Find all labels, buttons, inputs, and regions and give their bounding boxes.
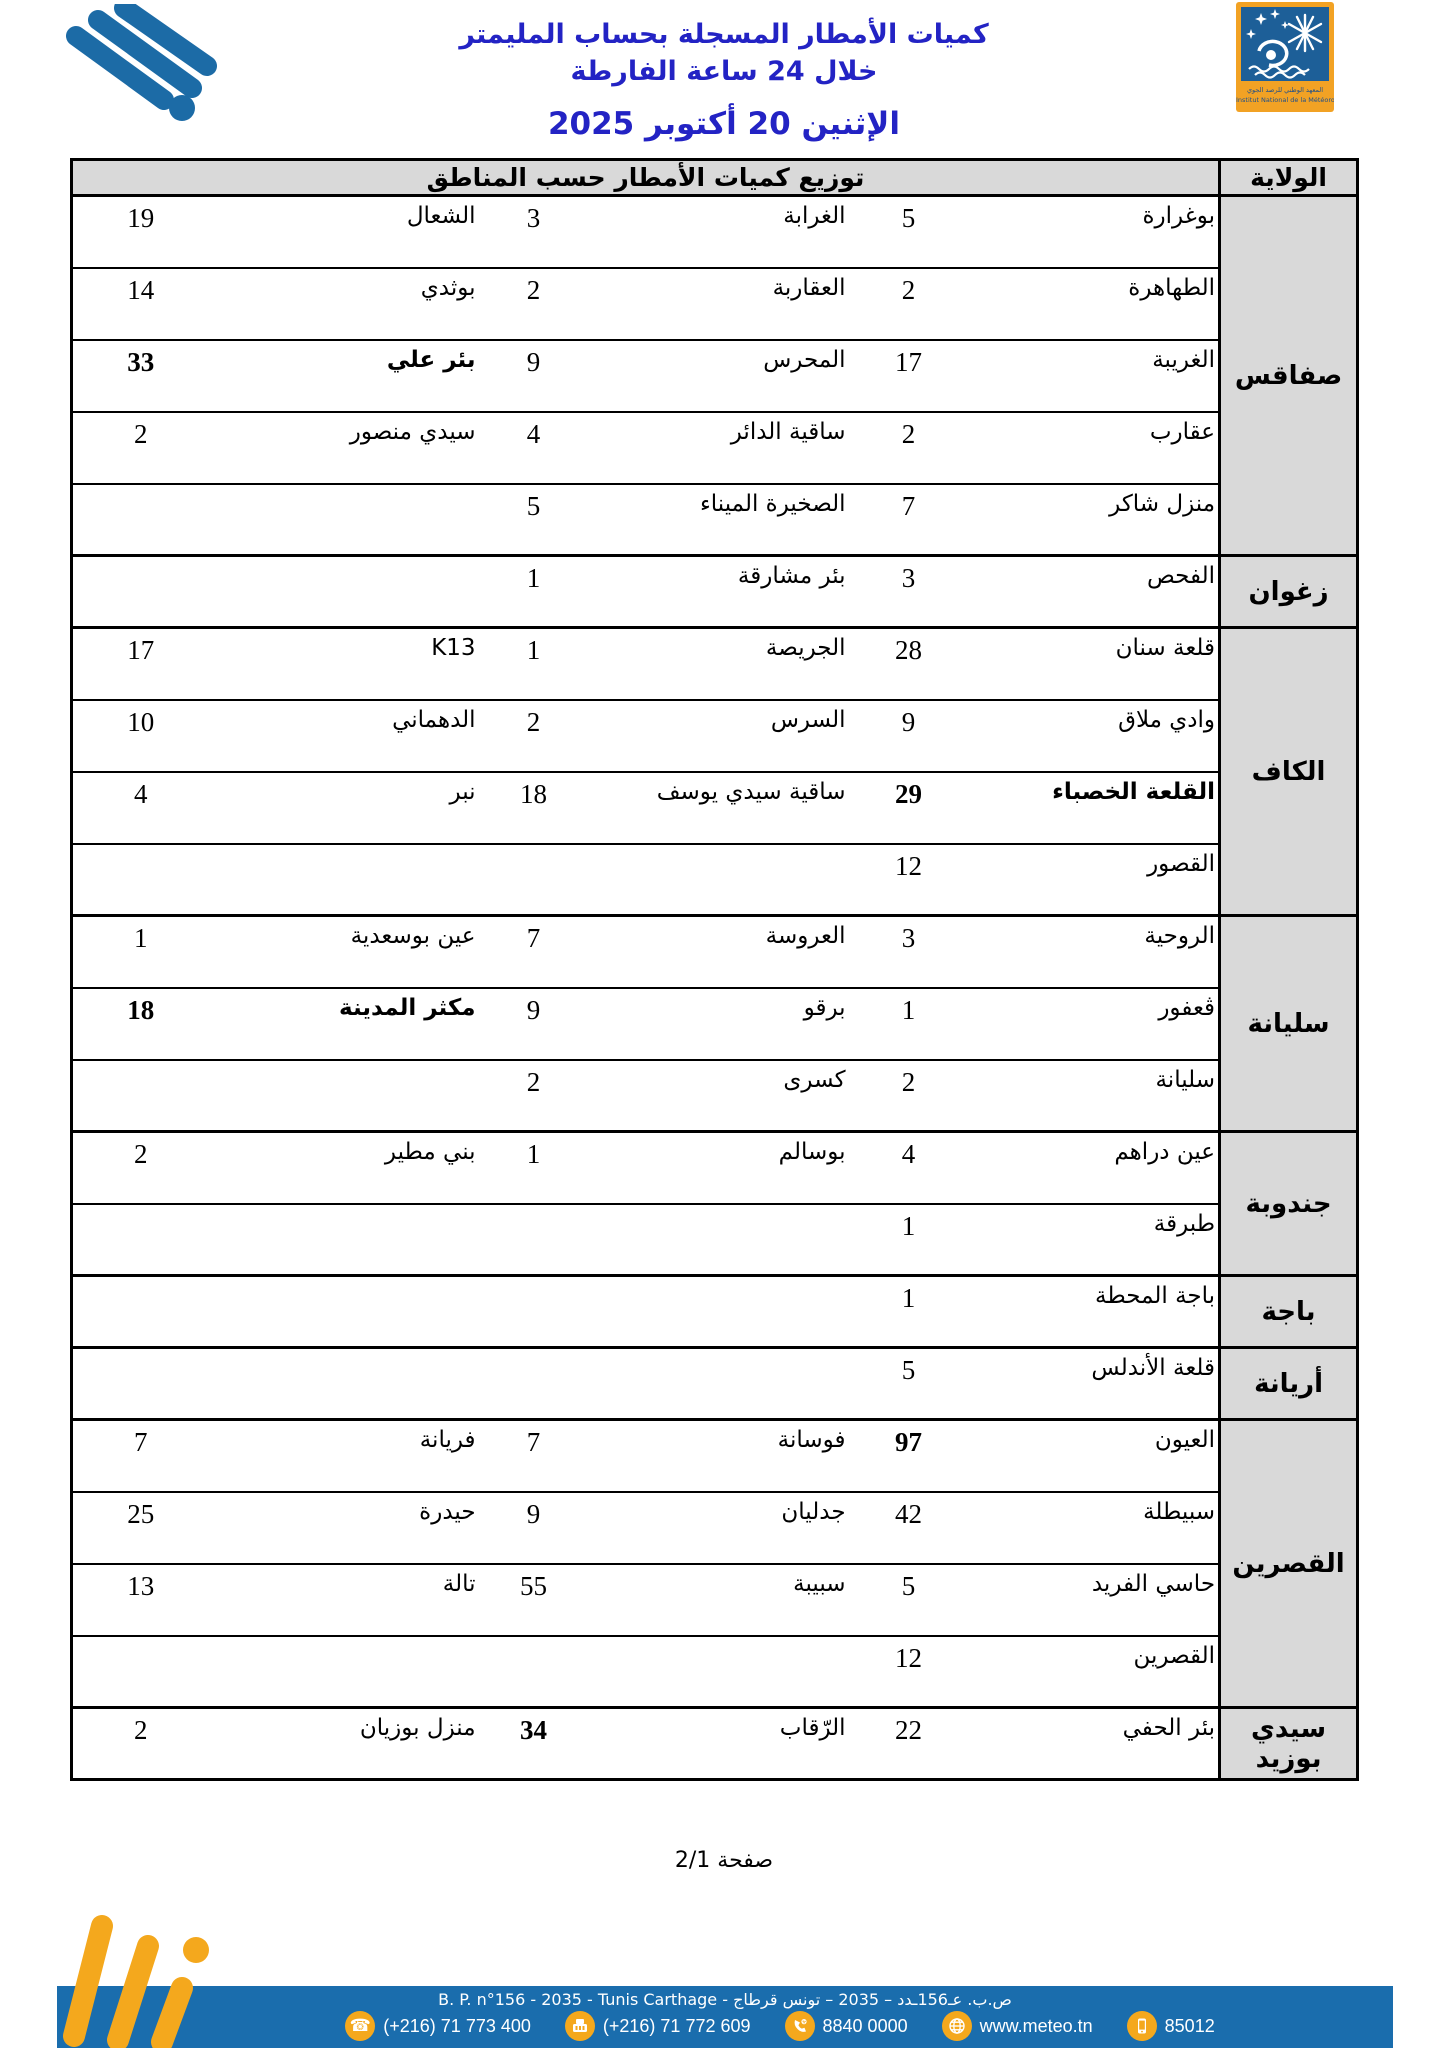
station-name-cell: القلعة الخصباء bbox=[969, 772, 1220, 844]
rain-value-cell: 5 bbox=[849, 196, 969, 268]
rain-value-cell bbox=[479, 844, 589, 916]
table-row: وادي ملاق9السرس2الدهماني10 bbox=[72, 700, 1358, 772]
inm-logo-french-name: Institut National de la Météorologie bbox=[1236, 96, 1334, 104]
rain-value-cell: 2 bbox=[479, 268, 589, 340]
callcenter-number: 8840 0000 bbox=[823, 2016, 908, 2037]
table-row: سبيطلة42جدليان9حيدرة25 bbox=[72, 1492, 1358, 1564]
table-row: صفاقسبوغرارة5الغرابة3الشعال19 bbox=[72, 196, 1358, 268]
station-name-cell: الرّقاب bbox=[589, 1708, 849, 1780]
station-name-cell bbox=[209, 1348, 479, 1420]
phone-icon: ☎ bbox=[345, 2011, 375, 2041]
rain-value-cell: 1 bbox=[479, 556, 589, 628]
inm-logo-arabic-name: المعهد الوطني للرصد الجوي bbox=[1236, 86, 1334, 94]
station-name-cell bbox=[209, 1276, 479, 1348]
table-row: سليانةالروحية3العروسة7عين بوسعدية1 bbox=[72, 916, 1358, 988]
footer-stripes-decoration bbox=[44, 1908, 244, 2048]
rain-value-cell bbox=[72, 556, 209, 628]
rain-value-cell: 3 bbox=[479, 196, 589, 268]
rain-value-cell: 3 bbox=[849, 556, 969, 628]
station-name-cell: كسرى bbox=[589, 1060, 849, 1132]
station-name-cell: بوثدي bbox=[209, 268, 479, 340]
station-name-cell: حيدرة bbox=[209, 1492, 479, 1564]
station-name-cell: عين دراهم bbox=[969, 1132, 1220, 1204]
rain-value-cell: 7 bbox=[72, 1420, 209, 1492]
table-row: أريانةقلعة الأندلس5 bbox=[72, 1348, 1358, 1420]
rain-value-cell: 2 bbox=[72, 412, 209, 484]
table-row: القصرينالعيون97فوسانة7فريانة7 bbox=[72, 1420, 1358, 1492]
station-name-cell: سبيطلة bbox=[969, 1492, 1220, 1564]
station-name-cell bbox=[589, 1204, 849, 1276]
phone-number: (+216) 71 773 400 bbox=[383, 2016, 531, 2037]
station-name-cell bbox=[209, 844, 479, 916]
rain-value-cell: 1 bbox=[849, 988, 969, 1060]
rain-value-cell: 5 bbox=[479, 484, 589, 556]
page-number-label: صفحة 2/1 bbox=[0, 1848, 1448, 1873]
table-row: القصرين12 bbox=[72, 1636, 1358, 1708]
footer-phone-contact: ☎ (+216) 71 773 400 bbox=[345, 2011, 531, 2041]
rain-table-body: صفاقسبوغرارة5الغرابة3الشعال19الطهاهرة2ال… bbox=[72, 196, 1358, 1780]
wilaya-cell: الكاف bbox=[1220, 628, 1358, 916]
station-name-cell: وادي ملاق bbox=[969, 700, 1220, 772]
station-name-cell: قلعة سنان bbox=[969, 628, 1220, 700]
station-name-cell: قلعة الأندلس bbox=[969, 1348, 1220, 1420]
station-name-cell: بني مطير bbox=[209, 1132, 479, 1204]
rain-value-cell: 2 bbox=[72, 1708, 209, 1780]
station-name-cell: ساقية الدائر bbox=[589, 412, 849, 484]
rain-value-cell: 97 bbox=[849, 1420, 969, 1492]
table-row: طبرقة1 bbox=[72, 1204, 1358, 1276]
station-name-cell: الطهاهرة bbox=[969, 268, 1220, 340]
rain-value-cell: 1 bbox=[72, 916, 209, 988]
fax-number: (+216) 71 772 609 bbox=[603, 2016, 751, 2037]
rain-value-cell: 7 bbox=[479, 916, 589, 988]
station-name-cell bbox=[209, 556, 479, 628]
station-name-cell bbox=[589, 844, 849, 916]
rain-value-cell bbox=[72, 1348, 209, 1420]
station-name-cell: العيون bbox=[969, 1420, 1220, 1492]
footer-website-contact: www.meteo.tn bbox=[942, 2011, 1093, 2041]
rain-value-cell: 12 bbox=[849, 1636, 969, 1708]
inm-logo: المعهد الوطني للرصد الجوي Institut Natio… bbox=[1236, 2, 1334, 112]
mobile-icon bbox=[1127, 2011, 1157, 2041]
rain-value-cell: 9 bbox=[849, 700, 969, 772]
station-name-cell bbox=[589, 1348, 849, 1420]
station-name-cell: سيدي منصور bbox=[209, 412, 479, 484]
table-row: ڤعفور1برقو9مكثر المدينة18 bbox=[72, 988, 1358, 1060]
station-name-cell: الغرابة bbox=[589, 196, 849, 268]
table-row: القلعة الخصباء29ساقية سيدي يوسف18نبر4 bbox=[72, 772, 1358, 844]
station-name-cell: المحرس bbox=[589, 340, 849, 412]
station-name-cell: الغريبة bbox=[969, 340, 1220, 412]
rain-value-cell: 22 bbox=[849, 1708, 969, 1780]
footer-contacts: ☎ (+216) 71 773 400 (+216) 71 772 609 88… bbox=[57, 2011, 1393, 2041]
rain-value-cell: 17 bbox=[72, 628, 209, 700]
station-name-cell: بئر مشارقة bbox=[589, 556, 849, 628]
station-name-cell: الجريصة bbox=[589, 628, 849, 700]
table-row: حاسي الفريد5سبيبة55تالة13 bbox=[72, 1564, 1358, 1636]
rain-value-cell: 2 bbox=[479, 700, 589, 772]
station-name-cell: القصرين bbox=[969, 1636, 1220, 1708]
station-name-cell: عقارب bbox=[969, 412, 1220, 484]
rain-value-cell: 17 bbox=[849, 340, 969, 412]
rain-value-cell bbox=[72, 1204, 209, 1276]
station-name-cell: برقو bbox=[589, 988, 849, 1060]
rain-value-cell: 4 bbox=[849, 1132, 969, 1204]
station-name-cell: ساقية سيدي يوسف bbox=[589, 772, 849, 844]
wilaya-cell: أريانة bbox=[1220, 1348, 1358, 1420]
station-name-cell: العروسة bbox=[589, 916, 849, 988]
rain-value-cell: 13 bbox=[72, 1564, 209, 1636]
station-name-cell: طبرقة bbox=[969, 1204, 1220, 1276]
rain-value-cell bbox=[72, 1636, 209, 1708]
rain-value-cell: 1 bbox=[479, 628, 589, 700]
rain-value-cell: 12 bbox=[849, 844, 969, 916]
rain-value-cell bbox=[72, 844, 209, 916]
rain-value-cell: 33 bbox=[72, 340, 209, 412]
report-page: كميات الأمطار المسجلة بحساب المليمتر خلا… bbox=[0, 0, 1448, 2048]
wilaya-cell: باجة bbox=[1220, 1276, 1358, 1348]
rain-value-cell: 2 bbox=[849, 412, 969, 484]
rainfall-table: الولاية توزيع كميات الأمطار حسب المناطق … bbox=[70, 158, 1359, 1781]
station-name-cell: سليانة bbox=[969, 1060, 1220, 1132]
footer-fax-contact: (+216) 71 772 609 bbox=[565, 2011, 751, 2041]
station-name-cell: منزل شاكر bbox=[969, 484, 1220, 556]
station-name-cell: السرس bbox=[589, 700, 849, 772]
rain-value-cell bbox=[72, 1060, 209, 1132]
rain-value-cell: 7 bbox=[479, 1420, 589, 1492]
wilaya-cell: صفاقس bbox=[1220, 196, 1358, 556]
station-name-cell: بئر علي bbox=[209, 340, 479, 412]
rain-value-cell bbox=[479, 1348, 589, 1420]
rain-value-cell: 2 bbox=[72, 1132, 209, 1204]
station-name-cell: K13 bbox=[209, 628, 479, 700]
table-row: الغريبة17المحرس9بئر علي33 bbox=[72, 340, 1358, 412]
rain-value-cell: 2 bbox=[849, 1060, 969, 1132]
station-name-cell bbox=[589, 1276, 849, 1348]
rain-value-cell: 1 bbox=[849, 1204, 969, 1276]
station-name-cell: مكثر المدينة bbox=[209, 988, 479, 1060]
station-name-cell bbox=[209, 484, 479, 556]
report-title-line2: خلال 24 ساعة الفارطة bbox=[0, 53, 1448, 90]
rain-value-cell: 1 bbox=[849, 1276, 969, 1348]
station-name-cell: فوسانة bbox=[589, 1420, 849, 1492]
wilaya-cell: سليانة bbox=[1220, 916, 1358, 1132]
report-date: الإثنين 20 أكتوبر 2025 bbox=[0, 106, 1448, 142]
rain-value-cell bbox=[479, 1636, 589, 1708]
table-row: عقارب2ساقية الدائر4سيدي منصور2 bbox=[72, 412, 1358, 484]
rain-value-cell: 9 bbox=[479, 988, 589, 1060]
rain-value-cell: 42 bbox=[849, 1492, 969, 1564]
distribution-header-cell: توزيع كميات الأمطار حسب المناطق bbox=[72, 160, 1220, 196]
rain-value-cell: 9 bbox=[479, 1492, 589, 1564]
table-row: الكافقلعة سنان28الجريصة1K1317 bbox=[72, 628, 1358, 700]
station-name-cell bbox=[589, 1636, 849, 1708]
rain-value-cell: 1 bbox=[479, 1132, 589, 1204]
rain-value-cell: 3 bbox=[849, 916, 969, 988]
station-name-cell: حاسي الفريد bbox=[969, 1564, 1220, 1636]
website-url: www.meteo.tn bbox=[980, 2016, 1093, 2037]
rain-value-cell bbox=[72, 484, 209, 556]
station-name-cell bbox=[209, 1636, 479, 1708]
rain-value-cell: 55 bbox=[479, 1564, 589, 1636]
station-name-cell: باجة المحطة bbox=[969, 1276, 1220, 1348]
footer-bar: ص.ب. عـ156ـدد – 2035 – تونس قرطاج - B. P… bbox=[57, 1986, 1393, 2048]
table-row: جندوبةعين دراهم4بوسالم1بني مطير2 bbox=[72, 1132, 1358, 1204]
rain-value-cell: 4 bbox=[72, 772, 209, 844]
station-name-cell bbox=[209, 1204, 479, 1276]
station-name-cell: تالة bbox=[209, 1564, 479, 1636]
station-name-cell: الصخيرة الميناء bbox=[589, 484, 849, 556]
rain-value-cell: 25 bbox=[72, 1492, 209, 1564]
station-name-cell: منزل بوزيان bbox=[209, 1708, 479, 1780]
sms-number: 85012 bbox=[1165, 2016, 1215, 2037]
table-row: القصور12 bbox=[72, 844, 1358, 916]
rain-value-cell: 28 bbox=[849, 628, 969, 700]
table-row: الطهاهرة2العقاربة2بوثدي14 bbox=[72, 268, 1358, 340]
rain-value-cell bbox=[479, 1276, 589, 1348]
station-name-cell: سبيبة bbox=[589, 1564, 849, 1636]
station-name-cell: نبر bbox=[209, 772, 479, 844]
rain-value-cell: 14 bbox=[72, 268, 209, 340]
title-block: كميات الأمطار المسجلة بحساب المليمتر خلا… bbox=[0, 16, 1448, 142]
wilaya-cell: زغوان bbox=[1220, 556, 1358, 628]
station-name-cell: الروحية bbox=[969, 916, 1220, 988]
station-name-cell: فريانة bbox=[209, 1420, 479, 1492]
wilaya-cell: سيدي بوزيد bbox=[1220, 1708, 1358, 1780]
wilaya-cell: القصرين bbox=[1220, 1420, 1358, 1708]
rain-value-cell: 34 bbox=[479, 1708, 589, 1780]
rain-value-cell: 2 bbox=[849, 268, 969, 340]
station-name-cell: بوغرارة bbox=[969, 196, 1220, 268]
rain-value-cell: 19 bbox=[72, 196, 209, 268]
table-row: باجةباجة المحطة1 bbox=[72, 1276, 1358, 1348]
table-row: منزل شاكر7الصخيرة الميناء5 bbox=[72, 484, 1358, 556]
rain-value-cell: 7 bbox=[849, 484, 969, 556]
station-name-cell: القصور bbox=[969, 844, 1220, 916]
table-row: زغوانالفحص3بئر مشارقة1 bbox=[72, 556, 1358, 628]
rain-value-cell: 4 bbox=[479, 412, 589, 484]
rain-value-cell: 29 bbox=[849, 772, 969, 844]
wilaya-cell: جندوبة bbox=[1220, 1132, 1358, 1276]
footer-sms-contact: 85012 bbox=[1127, 2011, 1215, 2041]
station-name-cell: بئر الحفي bbox=[969, 1708, 1220, 1780]
station-name-cell: جدليان bbox=[589, 1492, 849, 1564]
station-name-cell: الشعال bbox=[209, 196, 479, 268]
station-name-cell: ڤعفور bbox=[969, 988, 1220, 1060]
rain-value-cell: 5 bbox=[849, 1564, 969, 1636]
fax-icon bbox=[565, 2011, 595, 2041]
rain-value-cell: 10 bbox=[72, 700, 209, 772]
table-header-row: الولاية توزيع كميات الأمطار حسب المناطق bbox=[72, 160, 1358, 196]
rain-value-cell: 5 bbox=[849, 1348, 969, 1420]
inm-logo-symbols bbox=[1241, 7, 1329, 81]
rain-value-cell: 2 bbox=[479, 1060, 589, 1132]
station-name-cell: العقاربة bbox=[589, 268, 849, 340]
footer-address: ص.ب. عـ156ـدد – 2035 – تونس قرطاج - B. P… bbox=[57, 1986, 1393, 2009]
rain-value-cell: 9 bbox=[479, 340, 589, 412]
station-name-cell bbox=[209, 1060, 479, 1132]
handset-icon bbox=[785, 2011, 815, 2041]
globe-icon bbox=[942, 2011, 972, 2041]
station-name-cell: بوسالم bbox=[589, 1132, 849, 1204]
wilaya-header-cell: الولاية bbox=[1220, 160, 1358, 196]
station-name-cell: الدهماني bbox=[209, 700, 479, 772]
rain-value-cell bbox=[72, 1276, 209, 1348]
table-row: سليانة2كسرى2 bbox=[72, 1060, 1358, 1132]
table-row: سيدي بوزيدبئر الحفي22الرّقاب34منزل بوزيا… bbox=[72, 1708, 1358, 1780]
footer-callcenter-contact: 8840 0000 bbox=[785, 2011, 908, 2041]
station-name-cell: الفحص bbox=[969, 556, 1220, 628]
rain-value-cell: 18 bbox=[479, 772, 589, 844]
rain-value-cell bbox=[479, 1204, 589, 1276]
station-name-cell: عين بوسعدية bbox=[209, 916, 479, 988]
report-title-line1: كميات الأمطار المسجلة بحساب المليمتر bbox=[0, 16, 1448, 53]
rain-value-cell: 18 bbox=[72, 988, 209, 1060]
